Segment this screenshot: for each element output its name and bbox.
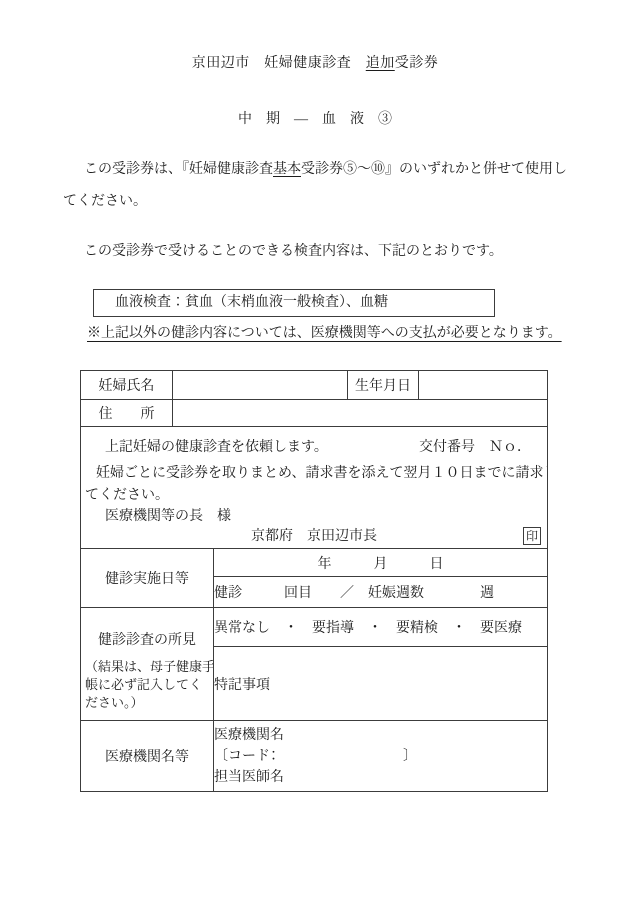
row-findings-1: 健診診査の所見 （結果は、母子健康手 帳に必ず記入してく ださい。） 異常なし … [81,608,548,647]
addressee-line: 医療機関等の長 様 [81,507,547,526]
row-institution: 医療機関名等 医療機関名 〔コード： 〕 担当医師名 [81,721,548,792]
institution-code-line: 〔コード： 〕 [214,746,547,767]
request-line-1: 上記妊婦の健康診査を依頼します。 交付番号 Ｎｏ． [81,427,547,457]
birth-date-label: 生年月日 [348,371,419,400]
institution-label: 医療機関名等 [81,721,214,792]
institution-name-line: 医療機関名 [214,725,547,746]
title-pre: 京田辺市 妊婦健康診査 [192,56,366,71]
mayor-line: 京都府 京田辺市長 [81,527,547,546]
findings-note: （結果は、母子健康手 帳に必ず記入してく ださい。） [81,658,213,712]
findings-options: 異常なし ・ 要指導 ・ 要精検 ・ 要医療 [214,608,548,647]
document-title: 京田辺市 妊婦健康診査 追加受診券 [0,52,630,72]
issue-number-label: 交付番号 Ｎｏ． [419,438,531,457]
birth-date-field [419,371,548,400]
voucher-document: 京田辺市 妊婦健康診査 追加受診券 中 期 ― 血 液 ③ この受診券は、『妊婦… [0,0,630,903]
row-request: 上記妊婦の健康診査を依頼します。 交付番号 Ｎｏ． 妊婦ごとに受診券を取りまとめ… [81,427,548,549]
intro-paragraph: この受診券は、『妊婦健康診査基本受診券⑤～⑩』のいずれかと併せて使用し てくださ… [63,154,567,218]
intro-line-1: この受診券は、『妊婦健康診査基本受診券⑤～⑩』のいずれかと併せて使用し [63,154,567,186]
pregnant-name-label: 妊婦氏名 [81,371,173,400]
row-exam-date-1: 健診実施日等 年 月 日 [81,549,548,577]
voucher-type-heading: 中 期 ― 血 液 ③ [0,108,630,128]
findings-label-cell: 健診診査の所見 （結果は、母子健康手 帳に必ず記入してく ださい。） [81,608,214,721]
title-post: 受診券 [395,56,439,71]
intro-line-2: てください。 [63,186,567,218]
voucher-form-table: 妊婦氏名 生年月日 住 所 上記妊婦の健康診査を依頼します。 交付番号 Ｎｏ． … [80,370,548,792]
payment-note: ※上記以外の健診内容については、医療機関等への支払が必要となります。 [87,322,562,342]
address-field [173,400,548,427]
exam-date-label: 健診実施日等 [81,549,214,608]
address-label: 住 所 [81,400,173,427]
row-name-birth: 妊婦氏名 生年月日 [81,371,548,400]
special-notes-field: 特記事項 [214,647,548,721]
row-address: 住 所 [81,400,548,427]
request-cell: 上記妊婦の健康診査を依頼します。 交付番号 Ｎｏ． 妊婦ごとに受診券を取りまとめ… [81,427,548,549]
visit-count-field: 健診 回目 ／ 妊娠週数 週 [214,577,548,608]
exam-content-box: 血液検査：貧血（末梢血液一般検査）、血糖 [93,289,495,317]
doctor-name-line: 担当医師名 [214,767,547,788]
exam-date-field: 年 月 日 [214,549,548,577]
request-line-2: 妊婦ごとに受診券を取りまとめ、請求書を添えて翌月１０日までに請求し [81,464,547,483]
intro-underlined: 基本 [273,162,301,177]
title-underlined: 追加 [366,56,395,71]
request-line-3: てください。 [81,486,547,505]
findings-label: 健診診査の所見 [81,629,213,649]
seal-mark: 印 [523,527,541,545]
pregnant-name-field [173,371,348,400]
exam-info-paragraph: この受診券で受けることのできる検査内容は、下記のとおりです。 [63,240,503,260]
institution-field: 医療機関名 〔コード： 〕 担当医師名 [214,721,548,792]
request-statement: 上記妊婦の健康診査を依頼します。 [105,438,328,457]
